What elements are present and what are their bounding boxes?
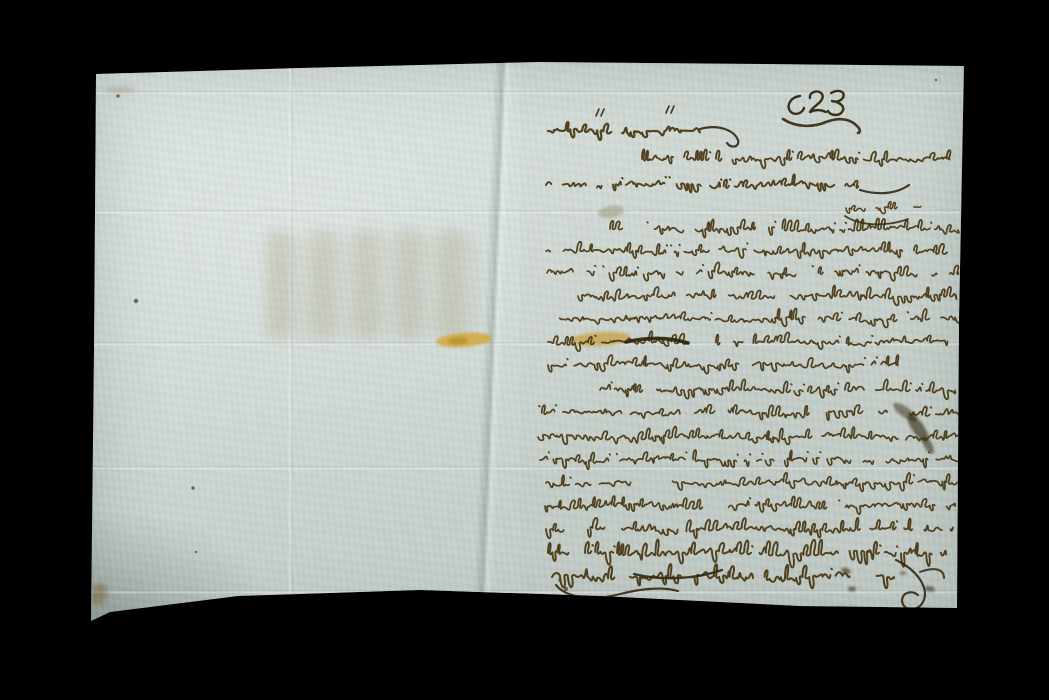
- handwritten-line: [538, 427, 962, 445]
- flourishes-and-header-mark: [556, 91, 944, 609]
- handwritten-line: [642, 149, 950, 168]
- signature-under-swirl: [556, 585, 678, 598]
- handwriting-ink-layer: [0, 0, 1049, 700]
- handwritten-line: [545, 496, 955, 514]
- handwritten-line: [846, 202, 928, 214]
- signature-descender-loop: [896, 560, 925, 609]
- handwritten-line: [547, 262, 958, 281]
- brown-stain-left-edge: [88, 581, 109, 606]
- ink-blots: [597, 204, 936, 593]
- handwritten-line: [548, 539, 946, 567]
- handwritten-line: [560, 308, 961, 327]
- handwritten-line: [546, 242, 960, 259]
- heading-quote-2: [666, 106, 674, 113]
- header-numeral-2: [810, 91, 826, 112]
- ink-showthrough: [265, 228, 480, 340]
- photograph-of-letter: [0, 0, 1049, 700]
- header-underline-swirl: [783, 119, 860, 133]
- handwritten-lines: [538, 122, 963, 588]
- faint-streak-top-left: [104, 86, 136, 93]
- handwritten-line: [552, 564, 894, 588]
- header-numeral-1: [789, 96, 804, 114]
- line3-end-swoosh: [860, 185, 909, 193]
- handwritten-line: [546, 518, 953, 538]
- handwritten-line: [546, 473, 958, 492]
- heading-tail-curl: [700, 127, 738, 146]
- handwritten-line: [610, 218, 959, 237]
- signature-end-curl: [920, 569, 944, 578]
- handwritten-line: [548, 355, 898, 374]
- handwritten-line: [600, 379, 955, 399]
- heading-quote-1: [596, 109, 604, 116]
- handwritten-line: [546, 174, 858, 192]
- handwritten-line: [548, 122, 700, 140]
- handwritten-line: [578, 286, 957, 306]
- header-numeral-3: [828, 91, 844, 115]
- handwritten-line: [540, 450, 963, 469]
